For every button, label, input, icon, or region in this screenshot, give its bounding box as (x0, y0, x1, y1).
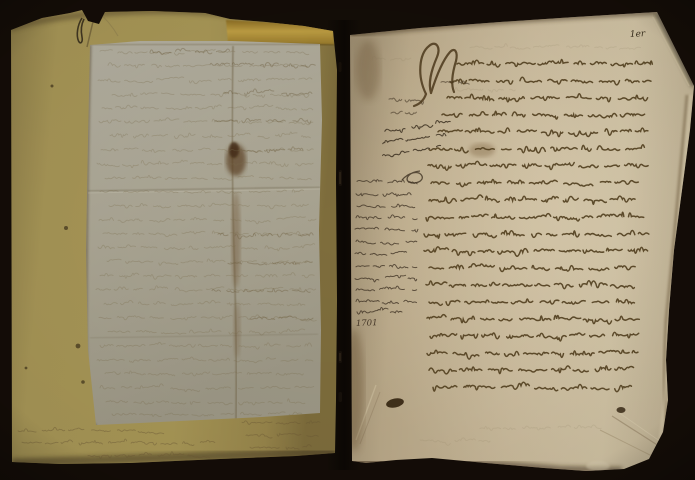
photo-vignette (0, 0, 695, 480)
manuscript-scan: 1er 1701 (0, 0, 695, 480)
archival-photo-stage: 1er 1701 (0, 0, 695, 480)
